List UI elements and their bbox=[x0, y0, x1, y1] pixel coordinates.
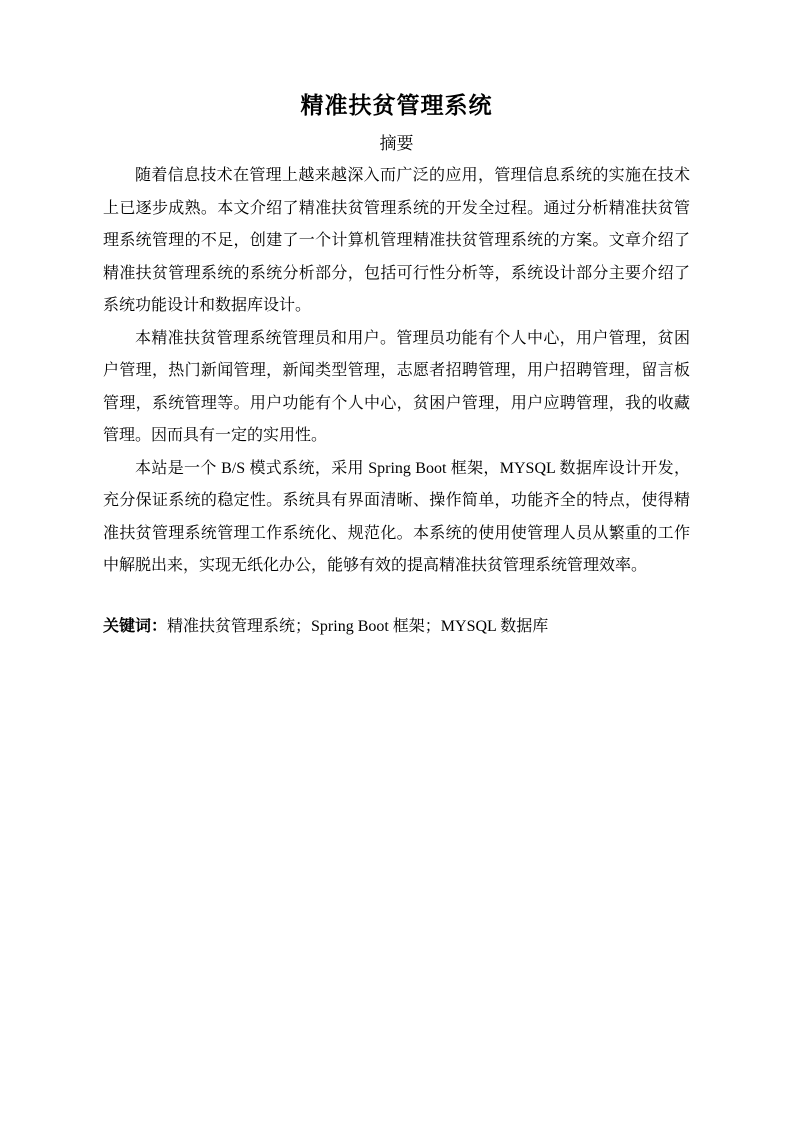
abstract-paragraph-2: 本精准扶贫管理系统管理员和用户。管理员功能有个人中心，用户管理，贫困户管理，热门… bbox=[103, 323, 690, 453]
keywords-text: 精准扶贫管理系统；Spring Boot 框架；MYSQL 数据库 bbox=[167, 618, 548, 635]
abstract-paragraph-3: 本站是一个 B/S 模式系统，采用 Spring Boot 框架，MYSQL 数… bbox=[103, 453, 690, 583]
keywords-label: 关键词： bbox=[103, 618, 167, 635]
abstract-heading: 摘要 bbox=[103, 132, 690, 156]
document-title: 精准扶贫管理系统 bbox=[103, 90, 690, 122]
abstract-paragraph-1: 随着信息技术在管理上越来越深入而广泛的应用，管理信息系统的实施在技术上已逐步成熟… bbox=[103, 160, 690, 323]
keywords-line: 关键词：精准扶贫管理系统；Spring Boot 框架；MYSQL 数据库 bbox=[103, 611, 690, 644]
document-page: 精准扶贫管理系统 摘要 随着信息技术在管理上越来越深入而广泛的应用，管理信息系统… bbox=[0, 0, 793, 1122]
